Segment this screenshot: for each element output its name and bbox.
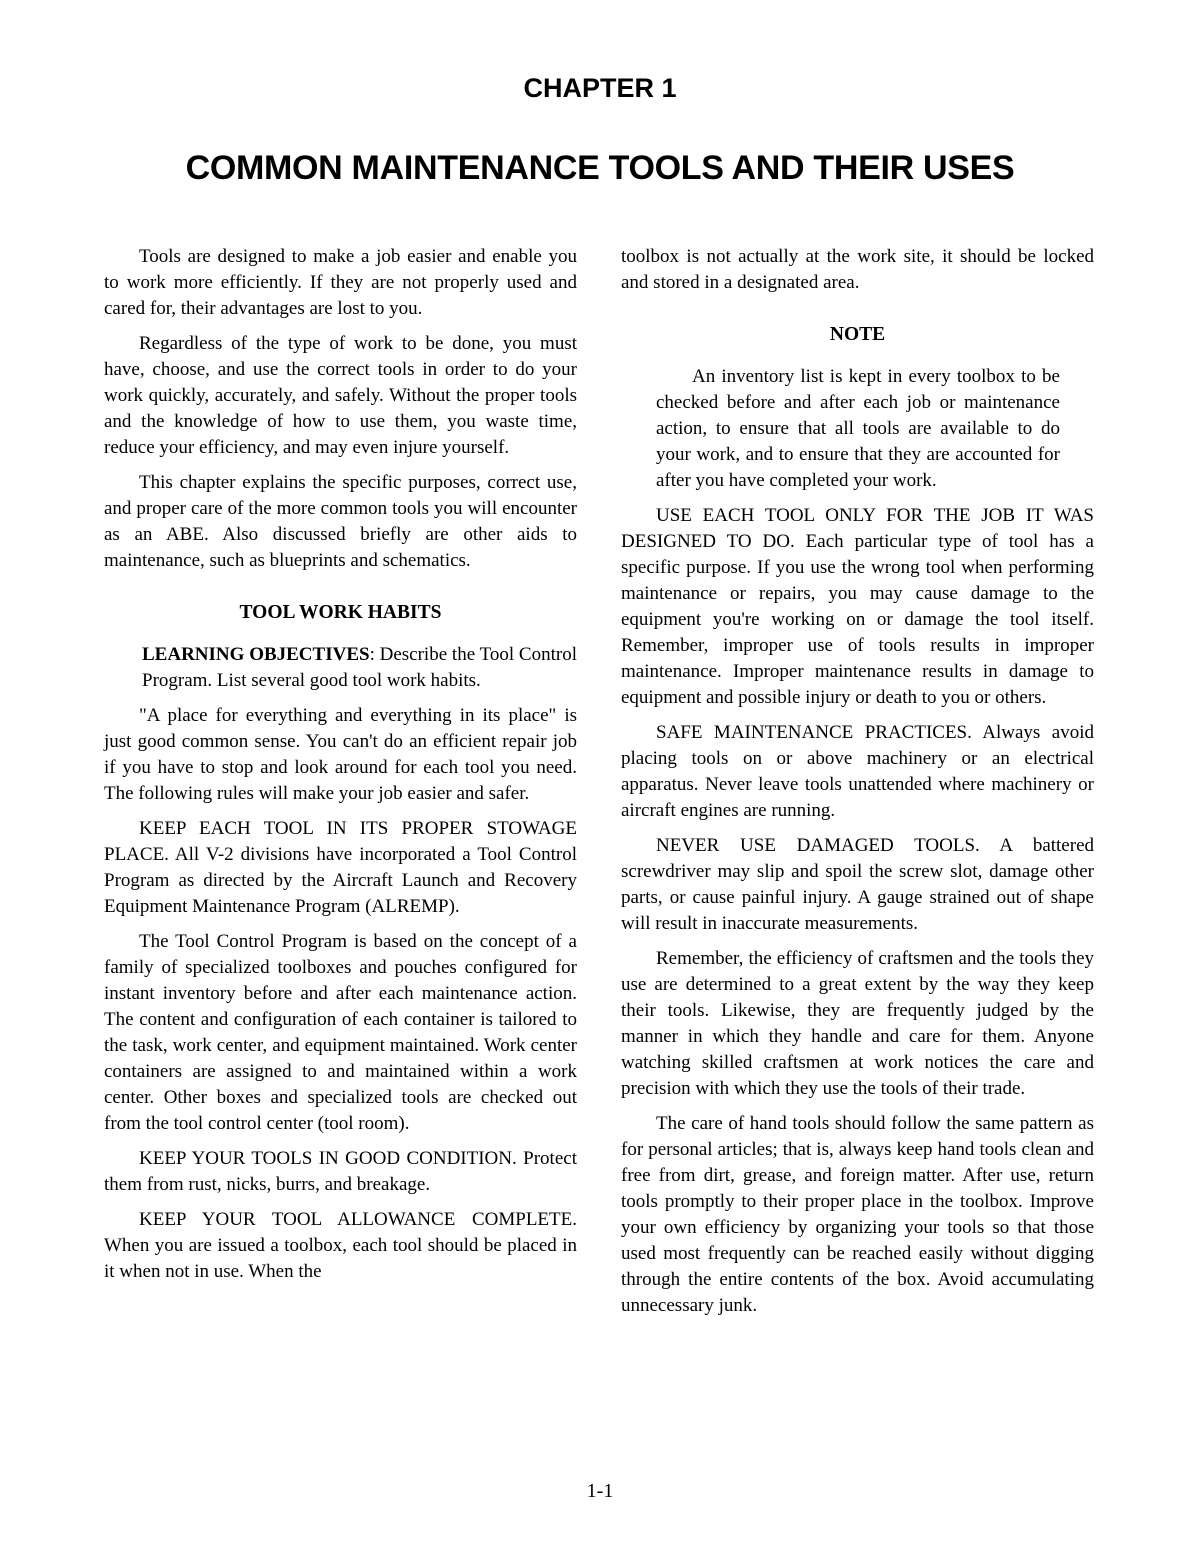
paragraph-tool-control-program: The Tool Control Program is based on the… xyxy=(104,929,577,1137)
paragraph-use-each-tool: USE EACH TOOL ONLY FOR THE JOB IT WAS DE… xyxy=(621,503,1094,711)
note-heading: NOTE xyxy=(621,322,1094,348)
paragraph-place-for-everything: "A place for everything and everything i… xyxy=(104,703,577,807)
page-number: 1-1 xyxy=(0,1480,1200,1503)
paragraph-keep-tool-stowage: KEEP EACH TOOL IN ITS PROPER STOWAGE PLA… xyxy=(104,816,577,920)
page-header: CHAPTER 1 COMMON MAINTENANCE TOOLS AND T… xyxy=(0,72,1200,189)
note-paragraph: An inventory list is kept in every toolb… xyxy=(621,364,1094,494)
paragraph-care-of-hand-tools: The care of hand tools should follow the… xyxy=(621,1111,1094,1319)
paragraph-intro-1: Tools are designed to make a job easier … xyxy=(104,244,577,322)
paragraph-efficiency-of-craftsmen: Remember, the efficiency of craftsmen an… xyxy=(621,946,1094,1102)
learning-objectives-label: LEARNING OBJECTIVES xyxy=(142,644,370,665)
learning-objectives-paragraph: LEARNING OBJECTIVES: Describe the Tool C… xyxy=(104,642,577,694)
paragraph-intro-2: Regardless of the type of work to be don… xyxy=(104,331,577,461)
paragraph-tool-allowance: KEEP YOUR TOOL ALLOWANCE COMPLETE. When … xyxy=(104,1207,577,1285)
chapter-heading: CHAPTER 1 xyxy=(0,72,1200,104)
paragraph-never-use-damaged: NEVER USE DAMAGED TOOLS. A battered scre… xyxy=(621,833,1094,937)
document-page: CHAPTER 1 COMMON MAINTENANCE TOOLS AND T… xyxy=(0,0,1200,1553)
paragraph-safe-maintenance: SAFE MAINTENANCE PRACTICES. Always avoid… xyxy=(621,720,1094,824)
document-title: COMMON MAINTENANCE TOOLS AND THEIR USES xyxy=(0,148,1200,189)
right-column: toolbox is not actually at the work site… xyxy=(621,235,1094,1328)
section-heading-tool-work-habits: TOOL WORK HABITS xyxy=(104,600,577,626)
left-column: Tools are designed to make a job easier … xyxy=(104,235,577,1328)
two-column-body: Tools are designed to make a job easier … xyxy=(0,235,1200,1328)
paragraph-intro-3: This chapter explains the specific purpo… xyxy=(104,470,577,574)
paragraph-toolbox-continuation: toolbox is not actually at the work site… xyxy=(621,244,1094,296)
paragraph-good-condition: KEEP YOUR TOOLS IN GOOD CONDITION. Prote… xyxy=(104,1146,577,1198)
